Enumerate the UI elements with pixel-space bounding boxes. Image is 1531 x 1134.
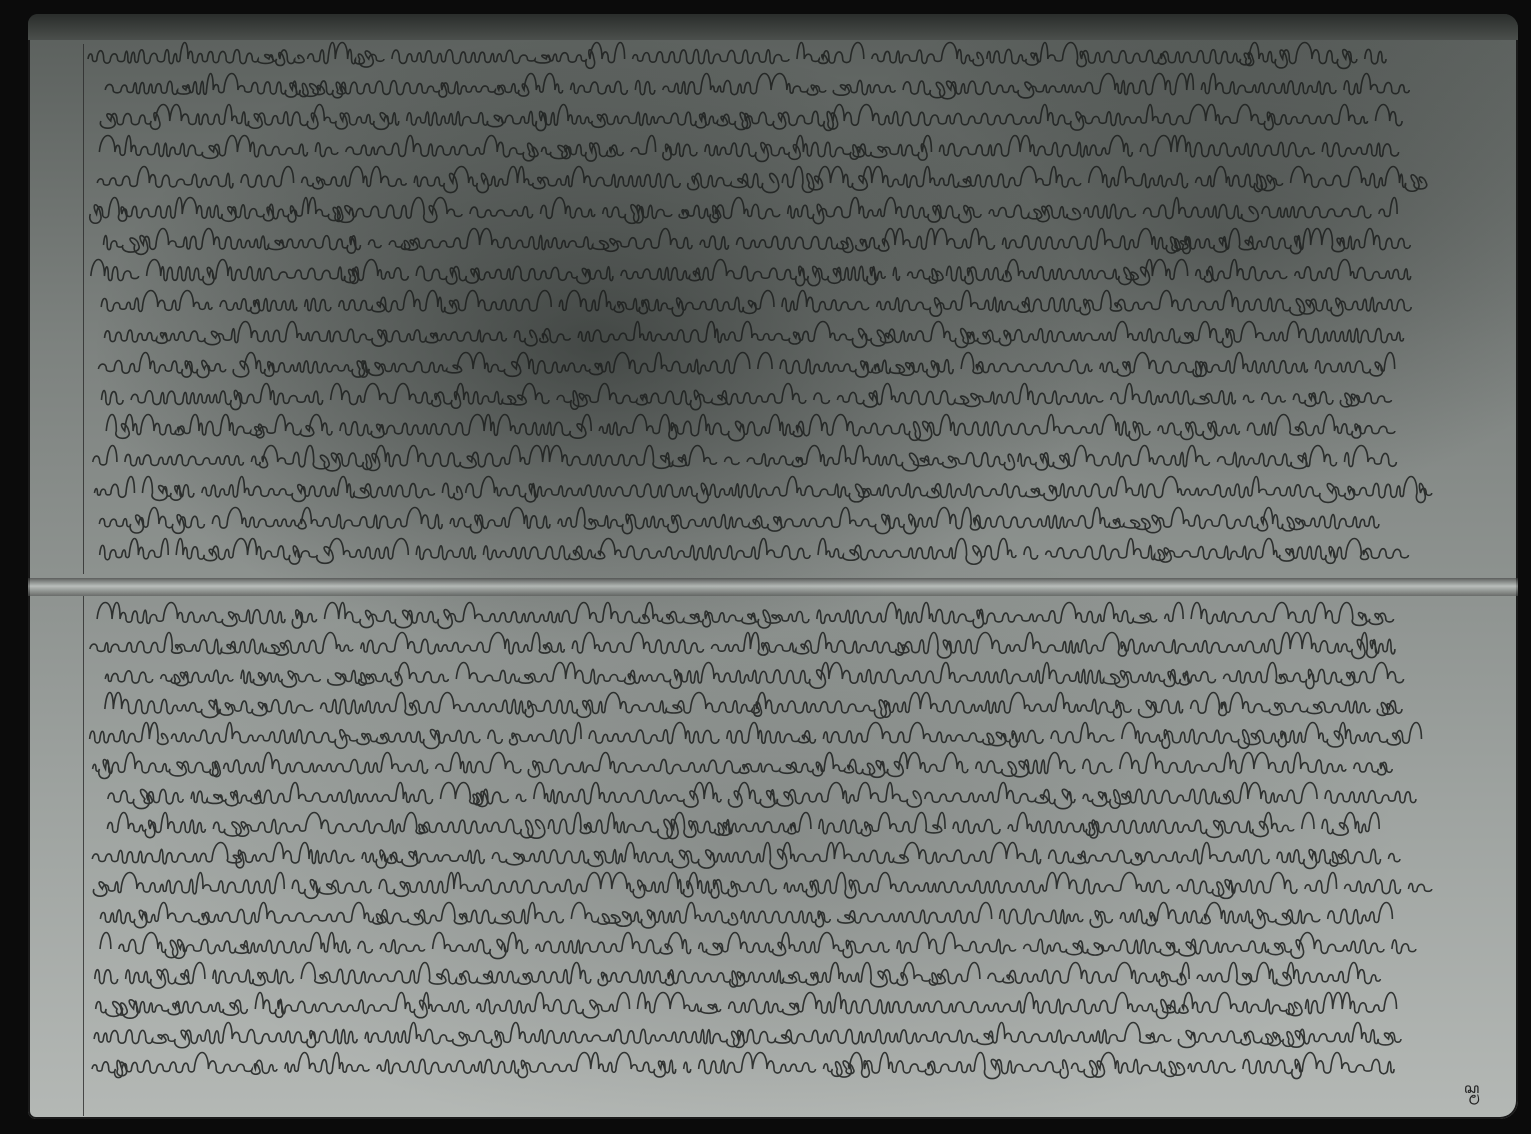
handwritten-line: [98, 353, 1394, 378]
handwritten-line: [93, 753, 1393, 779]
handwritten-line: [92, 843, 1400, 869]
handwritten-line: [97, 603, 1393, 629]
corner-mark: ꦱ꧀ꦩ: [1464, 1077, 1504, 1099]
handwritten-line: [95, 963, 1381, 989]
handwritten-line: [105, 693, 1402, 719]
handwritten-line: [94, 1023, 1401, 1048]
handwritten-line: [90, 198, 1397, 224]
handwritten-line: [101, 291, 1411, 317]
handwritten-line: [99, 136, 1398, 162]
handwritten-line: [91, 260, 1411, 286]
handwritten-line: [88, 43, 1394, 69]
handwritten-line: [94, 477, 1431, 503]
handwritten-line: [108, 783, 1416, 809]
handwritten-line: [105, 322, 1404, 348]
handwritten-line: [105, 663, 1403, 689]
handwritten-line: [90, 723, 1422, 749]
manuscript-spread: ꦱ꧀ꦩ: [28, 14, 1518, 1119]
handwritten-line: [101, 384, 1391, 410]
handwritten-line: [107, 813, 1379, 839]
handwritten-line: [99, 508, 1379, 534]
handwritten-line: [105, 74, 1409, 99]
handwritten-line: [106, 415, 1395, 441]
handwritten-text-lines: [28, 14, 1518, 1119]
handwritten-line: [93, 446, 1397, 471]
handwritten-line: [90, 633, 1403, 659]
handwritten-line: [92, 1053, 1402, 1079]
handwritten-line: [93, 873, 1431, 899]
handwritten-line: [100, 539, 1409, 565]
handwritten-line: [104, 229, 1419, 255]
handwritten-line: [97, 167, 1426, 193]
handwritten-line: [100, 933, 1416, 959]
handwritten-line: [100, 903, 1392, 929]
handwritten-line: [96, 993, 1397, 1019]
handwritten-line: [100, 105, 1402, 131]
